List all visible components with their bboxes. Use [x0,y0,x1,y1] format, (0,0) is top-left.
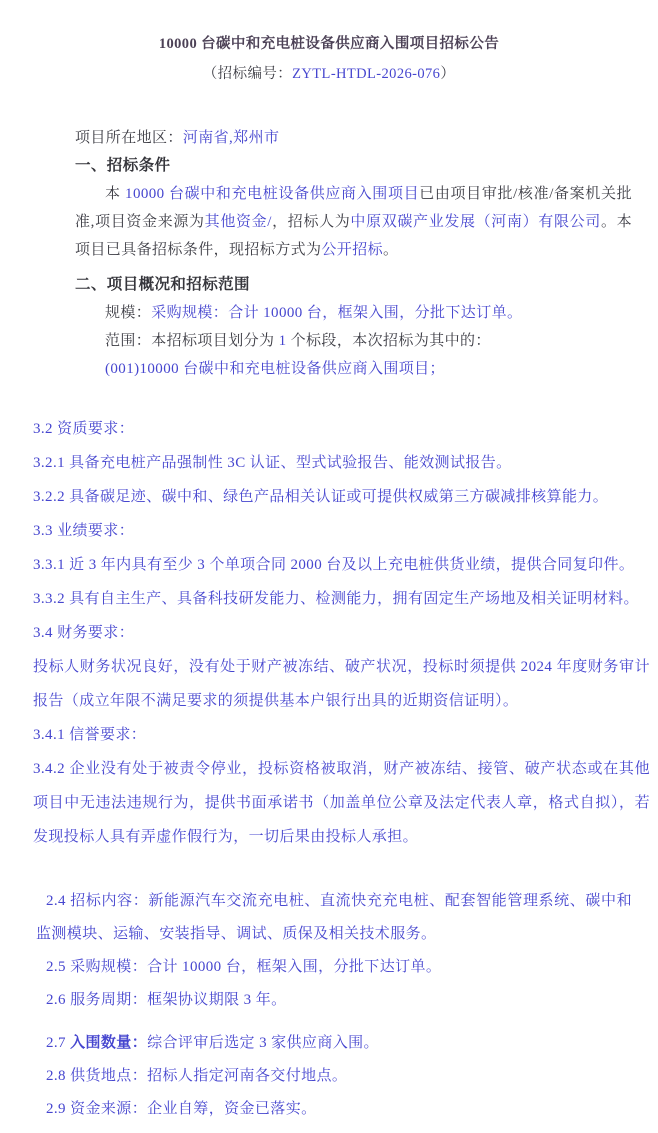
project-location-value: 河南省,郑州市 [183,130,280,146]
qualification-item-1: 3.2.1 具备充电桩产品强制性 3C 认证、型式试验报告、能效测试报告。 [33,446,650,480]
scale-label: 规模： [105,305,151,321]
project-name-link: 10000 台碳中和充电桩设备供应商入围项目 [125,186,419,202]
text-segment: 本 [105,186,125,202]
project-location-label: 项目所在地区： [75,130,183,146]
performance-item-2: 3.3.2 具有自主生产、具备科技研发能力、检测能力，拥有固定生产场地及相关证明… [33,582,650,616]
text-segment: ，招标人为 [272,214,351,230]
bidding-method-link: 公开招标 [321,242,383,258]
scope-text: 个标段，本次招标为其中的： [286,333,490,349]
qualification-requirements-heading: 3.2 资质要求： [33,412,650,446]
scale-line: 规模：采购规模：合计 10000 台，框架入围，分批下达订单。 [105,299,636,327]
funding-source-line: 2.9 资金来源：企业自筹，资金已落实。 [36,1093,632,1126]
section-1-heading: 一、招标条件 [75,152,630,180]
tenderer-name-link: 中原双碳产业发展（河南）有限公司 [350,214,601,230]
section-1-paragraph: 本 10000 台碳中和充电桩设备供应商入围项目已由项目审批/核准/备案机关批准… [75,180,632,264]
tender-number: ZYTL-HTDL-2026-076 [292,66,440,82]
performance-item-1: 3.3.1 近 3 年内具有至少 3 个单项合同 2000 台及以上充电桩供货业… [33,548,650,582]
performance-requirements-heading: 3.3 业绩要求： [33,514,650,548]
credit-requirements-heading: 3.4.1 信誉要求： [33,718,650,752]
financial-requirements-heading: 3.4 财务要求： [33,616,650,650]
tender-announcement-document: { "colors": { "accent_blue": "#4646cf", … [0,0,658,1133]
scope-line: 范围：本招标项目划分为 1 个标段，本次招标为其中的： [105,327,636,355]
qualification-item-2: 3.2.2 具备碳足迹、碳中和、绿色产品相关认证或可提供权威第三方碳减排核算能力… [33,480,650,514]
tender-number-prefix: （招标编号： [203,66,292,82]
document-title: 10000 台碳中和充电桩设备供应商入围项目招标公告 [20,36,638,53]
text-segment: 。 [383,242,398,258]
credit-requirements-paragraph: 3.4.2 企业没有处于被责令停业，投标资格被取消，财产被冻结、接管、破产状态或… [33,752,650,854]
financial-requirements-paragraph: 投标人财务状况良好，没有处于财产被冻结、破产状况，投标时须提供 2024 年度财… [33,650,650,718]
funding-source-link: 其他资金/ [205,214,272,230]
section-2-heading: 二、项目概况和招标范围 [75,271,630,299]
lot-line: (001)10000 台碳中和充电桩设备供应商入围项目； [105,355,636,383]
shortlist-quantity-line: 2.7 入围数量：综合评审后选定 3 家供应商入围。 [36,1027,632,1060]
scope-text: 本招标项目划分为 [151,333,278,349]
project-location-line: 项目所在地区：河南省,郑州市 [75,124,630,152]
scale-value: 采购规模：合计 10000 台，框架入围，分批下达订单。 [151,305,522,321]
scope-label: 范围： [105,333,151,349]
delivery-location-line: 2.8 供货地点：招标人指定河南各交付地点。 [36,1060,632,1093]
requirements-section: 3.2 资质要求： 3.2.1 具备充电桩产品强制性 3C 认证、型式试验报告、… [33,412,650,854]
tender-number-line: （招标编号：ZYTL-HTDL-2026-076） [20,66,638,82]
shortlist-quantity-number: 2.7 [46,1035,70,1051]
project-details-section: 2.4 招标内容：新能源汽车交流充电桩、直流快充充电桩、配套智能管理系统、碳中和… [36,885,632,1126]
procurement-scale-line: 2.5 采购规模：合计 10000 台，框架入围，分批下达订单。 [36,951,632,984]
tender-number-suffix: ） [440,66,455,82]
bidding-content-line: 2.4 招标内容：新能源汽车交流充电桩、直流快充充电桩、配套智能管理系统、碳中和… [36,885,632,951]
shortlist-quantity-label: 入围数量： [70,1035,147,1051]
shortlist-quantity-value: 综合评审后选定 3 家供应商入围。 [147,1035,379,1051]
service-period-line: 2.6 服务周期：框架协议期限 3 年。 [36,984,632,1017]
